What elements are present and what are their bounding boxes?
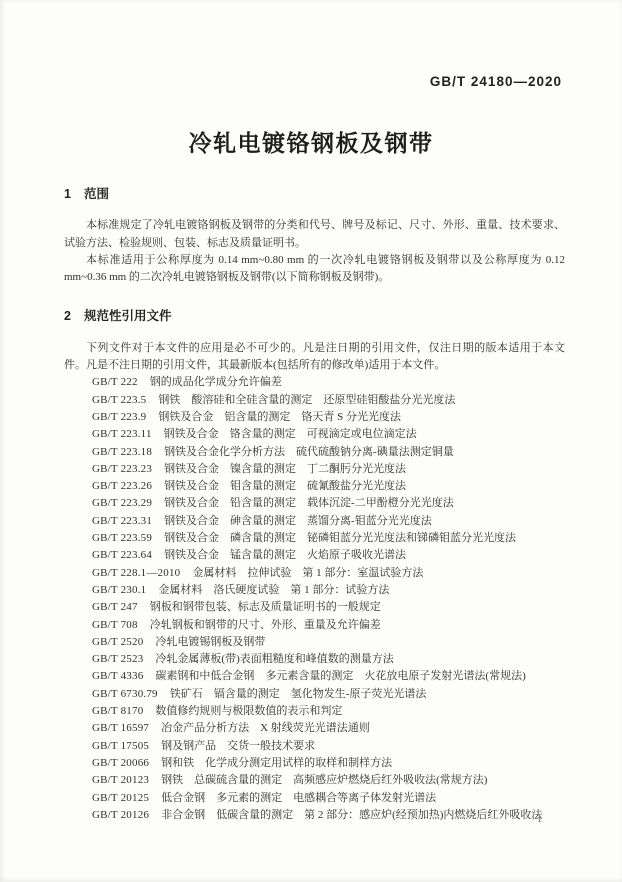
scope-paragraph-1: 本标准规定了冷轧电镀铬钢板及钢带的分类和代号、牌号及标记、尺寸、外形、重量、技术…: [64, 217, 565, 252]
reference-item: GB/T 16597冶金产品分析方法 X 射线荧光光谱法通则: [92, 720, 565, 737]
document-page: GB/T 24180—2020 冷轧电镀铬钢板及钢带 1范围 本标准规定了冷轧电…: [0, 0, 622, 882]
reference-title: 金属材料 洛氏硬度试验 第 1 部分：试验方法: [158, 584, 389, 596]
section-number: 1: [64, 186, 71, 203]
reference-title: 钢的成品化学成分允许偏差: [150, 376, 282, 388]
reference-item: GB/T 17505钢及钢产品 交货一般技术要求: [92, 738, 565, 755]
reference-code: GB/T 17505: [92, 740, 149, 752]
reference-item: GB/T 708冷轧钢板和钢带的尺寸、外形、重量及允许偏差: [92, 617, 565, 634]
reference-item: GB/T 20066钢和铁 化学成分测定用试样的取样和制样方法: [92, 755, 565, 772]
page-number: 1: [537, 814, 542, 825]
reference-item: GB/T 223.23钢铁及合金 镍含量的测定 丁二酮肟分光光度法: [92, 461, 565, 478]
reference-code: GB/T 8170: [92, 705, 143, 717]
reference-title: 钢铁及合金 钼含量的测定 硫氰酸盐分光光度法: [164, 480, 406, 492]
reference-code: GB/T 223.11: [92, 428, 152, 440]
reference-title: 冶金产品分析方法 X 射线荧光光谱法通则: [161, 722, 370, 734]
reference-title: 钢铁及合金化学分析方法 硫代硫酸钠分离-碘量法测定铜量: [164, 446, 454, 458]
reference-title: 钢铁及合金 镍含量的测定 丁二酮肟分光光度法: [164, 463, 406, 475]
reference-title: 数值修约规则与极限数值的表示和判定: [155, 705, 342, 717]
reference-item: GB/T 223.26钢铁及合金 钼含量的测定 硫氰酸盐分光光度法: [92, 478, 565, 495]
reference-item: GB/T 4336碳素钢和中低合金钢 多元素含量的测定 火花放电原子发射光谱法(…: [92, 668, 565, 685]
reference-title: 冷轧电镀锡钢板及钢带: [155, 636, 265, 648]
reference-item: GB/T 2520冷轧电镀锡钢板及钢带: [92, 634, 565, 651]
reference-code: GB/T 2520: [92, 636, 143, 648]
reference-title: 钢铁 酸溶硅和全硅含量的测定 还原型硅钼酸盐分光光度法: [158, 394, 455, 406]
reference-code: GB/T 223.23: [92, 463, 152, 475]
reference-item: GB/T 223.5钢铁 酸溶硅和全硅含量的测定 还原型硅钼酸盐分光光度法: [92, 392, 565, 409]
references-intro-paragraph: 下列文件对于本文件的应用是必不可少的。凡是注日期的引用文件，仅注日期的版本适用于…: [64, 340, 565, 375]
reference-code: GB/T 223.9: [92, 411, 146, 423]
reference-title: 冷轧钢板和钢带的尺寸、外形、重量及允许偏差: [150, 619, 381, 631]
reference-code: GB/T 223.5: [92, 394, 146, 406]
reference-item: GB/T 8170数值修约规则与极限数值的表示和判定: [92, 703, 565, 720]
reference-item: GB/T 223.31钢铁及合金 砷含量的测定 蒸馏分离-钼蓝分光光度法: [92, 513, 565, 530]
reference-code: GB/T 708: [92, 619, 138, 631]
section-title: 规范性引用文件: [84, 309, 172, 323]
standard-number: GB/T 24180—2020: [430, 74, 562, 89]
reference-code: GB/T 6730.79: [92, 688, 158, 700]
reference-list: GB/T 222钢的成品化学成分允许偏差 GB/T 223.5钢铁 酸溶硅和全硅…: [92, 374, 565, 824]
reference-code: GB/T 20123: [92, 774, 149, 786]
reference-title: 碳素钢和中低合金钢 多元素含量的测定 火花放电原子发射光谱法(常规法): [155, 670, 525, 682]
reference-item: GB/T 223.11钢铁及合金 铬含量的测定 可视滴定或电位滴定法: [92, 426, 565, 443]
reference-title: 钢铁及合金 铬含量的测定 可视滴定或电位滴定法: [164, 428, 417, 440]
reference-code: GB/T 4336: [92, 670, 143, 682]
reference-title: 钢板和钢带包装、标志及质量证明书的一般规定: [150, 601, 381, 613]
reference-item: GB/T 223.29钢铁及合金 铅含量的测定 载体沉淀-二甲酚橙分光光度法: [92, 495, 565, 512]
reference-item: GB/T 6730.79铁矿石 镉含量的测定 氢化物发生-原子荧光光谱法: [92, 686, 565, 703]
reference-code: GB/T 223.64: [92, 549, 152, 561]
reference-item: GB/T 247钢板和钢带包装、标志及质量证明书的一般规定: [92, 599, 565, 616]
section-title: 范围: [84, 187, 109, 201]
reference-code: GB/T 230.1: [92, 584, 146, 596]
reference-code: GB/T 223.26: [92, 480, 152, 492]
reference-item: GB/T 223.59钢铁及合金 磷含量的测定 铋磷钼蓝分光光度法和锑磷钼蓝分光…: [92, 530, 565, 547]
reference-code: GB/T 228.1—2010: [92, 567, 180, 579]
reference-item: GB/T 20126非合金钢 低碳含量的测定 第 2 部分：感应炉(经预加热)内…: [92, 807, 565, 824]
reference-item: GB/T 223.18钢铁及合金化学分析方法 硫代硫酸钠分离-碘量法测定铜量: [92, 444, 565, 461]
reference-title: 钢铁及合金 砷含量的测定 蒸馏分离-钼蓝分光光度法: [164, 515, 432, 527]
reference-item: GB/T 20123钢铁 总碳硫含量的测定 高频感应炉燃烧后红外吸收法(常规方法…: [92, 772, 565, 789]
reference-code: GB/T 16597: [92, 722, 149, 734]
reference-code: GB/T 2523: [92, 653, 143, 665]
reference-title: 钢铁及合金 铅含量的测定 载体沉淀-二甲酚橙分光光度法: [164, 497, 454, 509]
document-title: 冷轧电镀铬钢板及钢带: [0, 125, 622, 158]
reference-item: GB/T 230.1金属材料 洛氏硬度试验 第 1 部分：试验方法: [92, 582, 565, 599]
section-heading-scope: 1范围: [64, 186, 565, 203]
section-normative-references: 2规范性引用文件 下列文件对于本文件的应用是必不可少的。凡是注日期的引用文件，仅…: [64, 308, 565, 824]
reference-item: GB/T 2523冷轧金属薄板(带)表面粗糙度和峰值数的测量方法: [92, 651, 565, 668]
reference-code: GB/T 222: [92, 376, 138, 388]
reference-title: 金属材料 拉伸试验 第 1 部分：室温试验方法: [192, 567, 423, 579]
section-number: 2: [64, 308, 71, 325]
reference-item: GB/T 223.64钢铁及合金 锰含量的测定 火焰原子吸收光谱法: [92, 547, 565, 564]
reference-title: 钢和铁 化学成分测定用试样的取样和制样方法: [161, 757, 392, 769]
reference-code: GB/T 223.18: [92, 446, 152, 458]
document-body: 1范围 本标准规定了冷轧电镀铬钢板及钢带的分类和代号、牌号及标记、尺寸、外形、重…: [64, 186, 565, 824]
reference-code: GB/T 20125: [92, 792, 149, 804]
reference-item: GB/T 223.9钢铁及合金 铝含量的测定 铬天青 S 分光光度法: [92, 409, 565, 426]
reference-code: GB/T 223.29: [92, 497, 152, 509]
reference-code: GB/T 20066: [92, 757, 149, 769]
reference-title: 钢铁及合金 磷含量的测定 铋磷钼蓝分光光度法和锑磷钼蓝分光光度法: [164, 532, 516, 544]
section-scope: 1范围 本标准规定了冷轧电镀铬钢板及钢带的分类和代号、牌号及标记、尺寸、外形、重…: [64, 186, 565, 286]
reference-title: 钢及钢产品 交货一般技术要求: [161, 740, 315, 752]
reference-code: GB/T 223.31: [92, 515, 152, 527]
reference-item: GB/T 20125低合金钢 多元素的测定 电感耦合等离子体发射光谱法: [92, 790, 565, 807]
reference-title: 冷轧金属薄板(带)表面粗糙度和峰值数的测量方法: [155, 653, 393, 665]
reference-title: 钢铁及合金 铝含量的测定 铬天青 S 分光光度法: [158, 411, 401, 423]
reference-title: 钢铁 总碳硫含量的测定 高频感应炉燃烧后红外吸收法(常规方法): [161, 774, 487, 786]
reference-title: 钢铁及合金 锰含量的测定 火焰原子吸收光谱法: [164, 549, 406, 561]
section-heading-references: 2规范性引用文件: [64, 308, 565, 325]
reference-code: GB/T 223.59: [92, 532, 152, 544]
reference-title: 铁矿石 镉含量的测定 氢化物发生-原子荧光光谱法: [170, 688, 427, 700]
reference-code: GB/T 247: [92, 601, 138, 613]
reference-item: GB/T 222钢的成品化学成分允许偏差: [92, 374, 565, 391]
reference-title: 低合金钢 多元素的测定 电感耦合等离子体发射光谱法: [161, 792, 436, 804]
reference-code: GB/T 20126: [92, 809, 149, 821]
reference-title: 非合金钢 低碳含量的测定 第 2 部分：感应炉(经预加热)内燃烧后红外吸收法: [161, 809, 542, 821]
scope-paragraph-2: 本标准适用于公称厚度为 0.14 mm~0.80 mm 的一次冷轧电镀铬钢板及钢…: [64, 252, 565, 287]
reference-item: GB/T 228.1—2010金属材料 拉伸试验 第 1 部分：室温试验方法: [92, 565, 565, 582]
